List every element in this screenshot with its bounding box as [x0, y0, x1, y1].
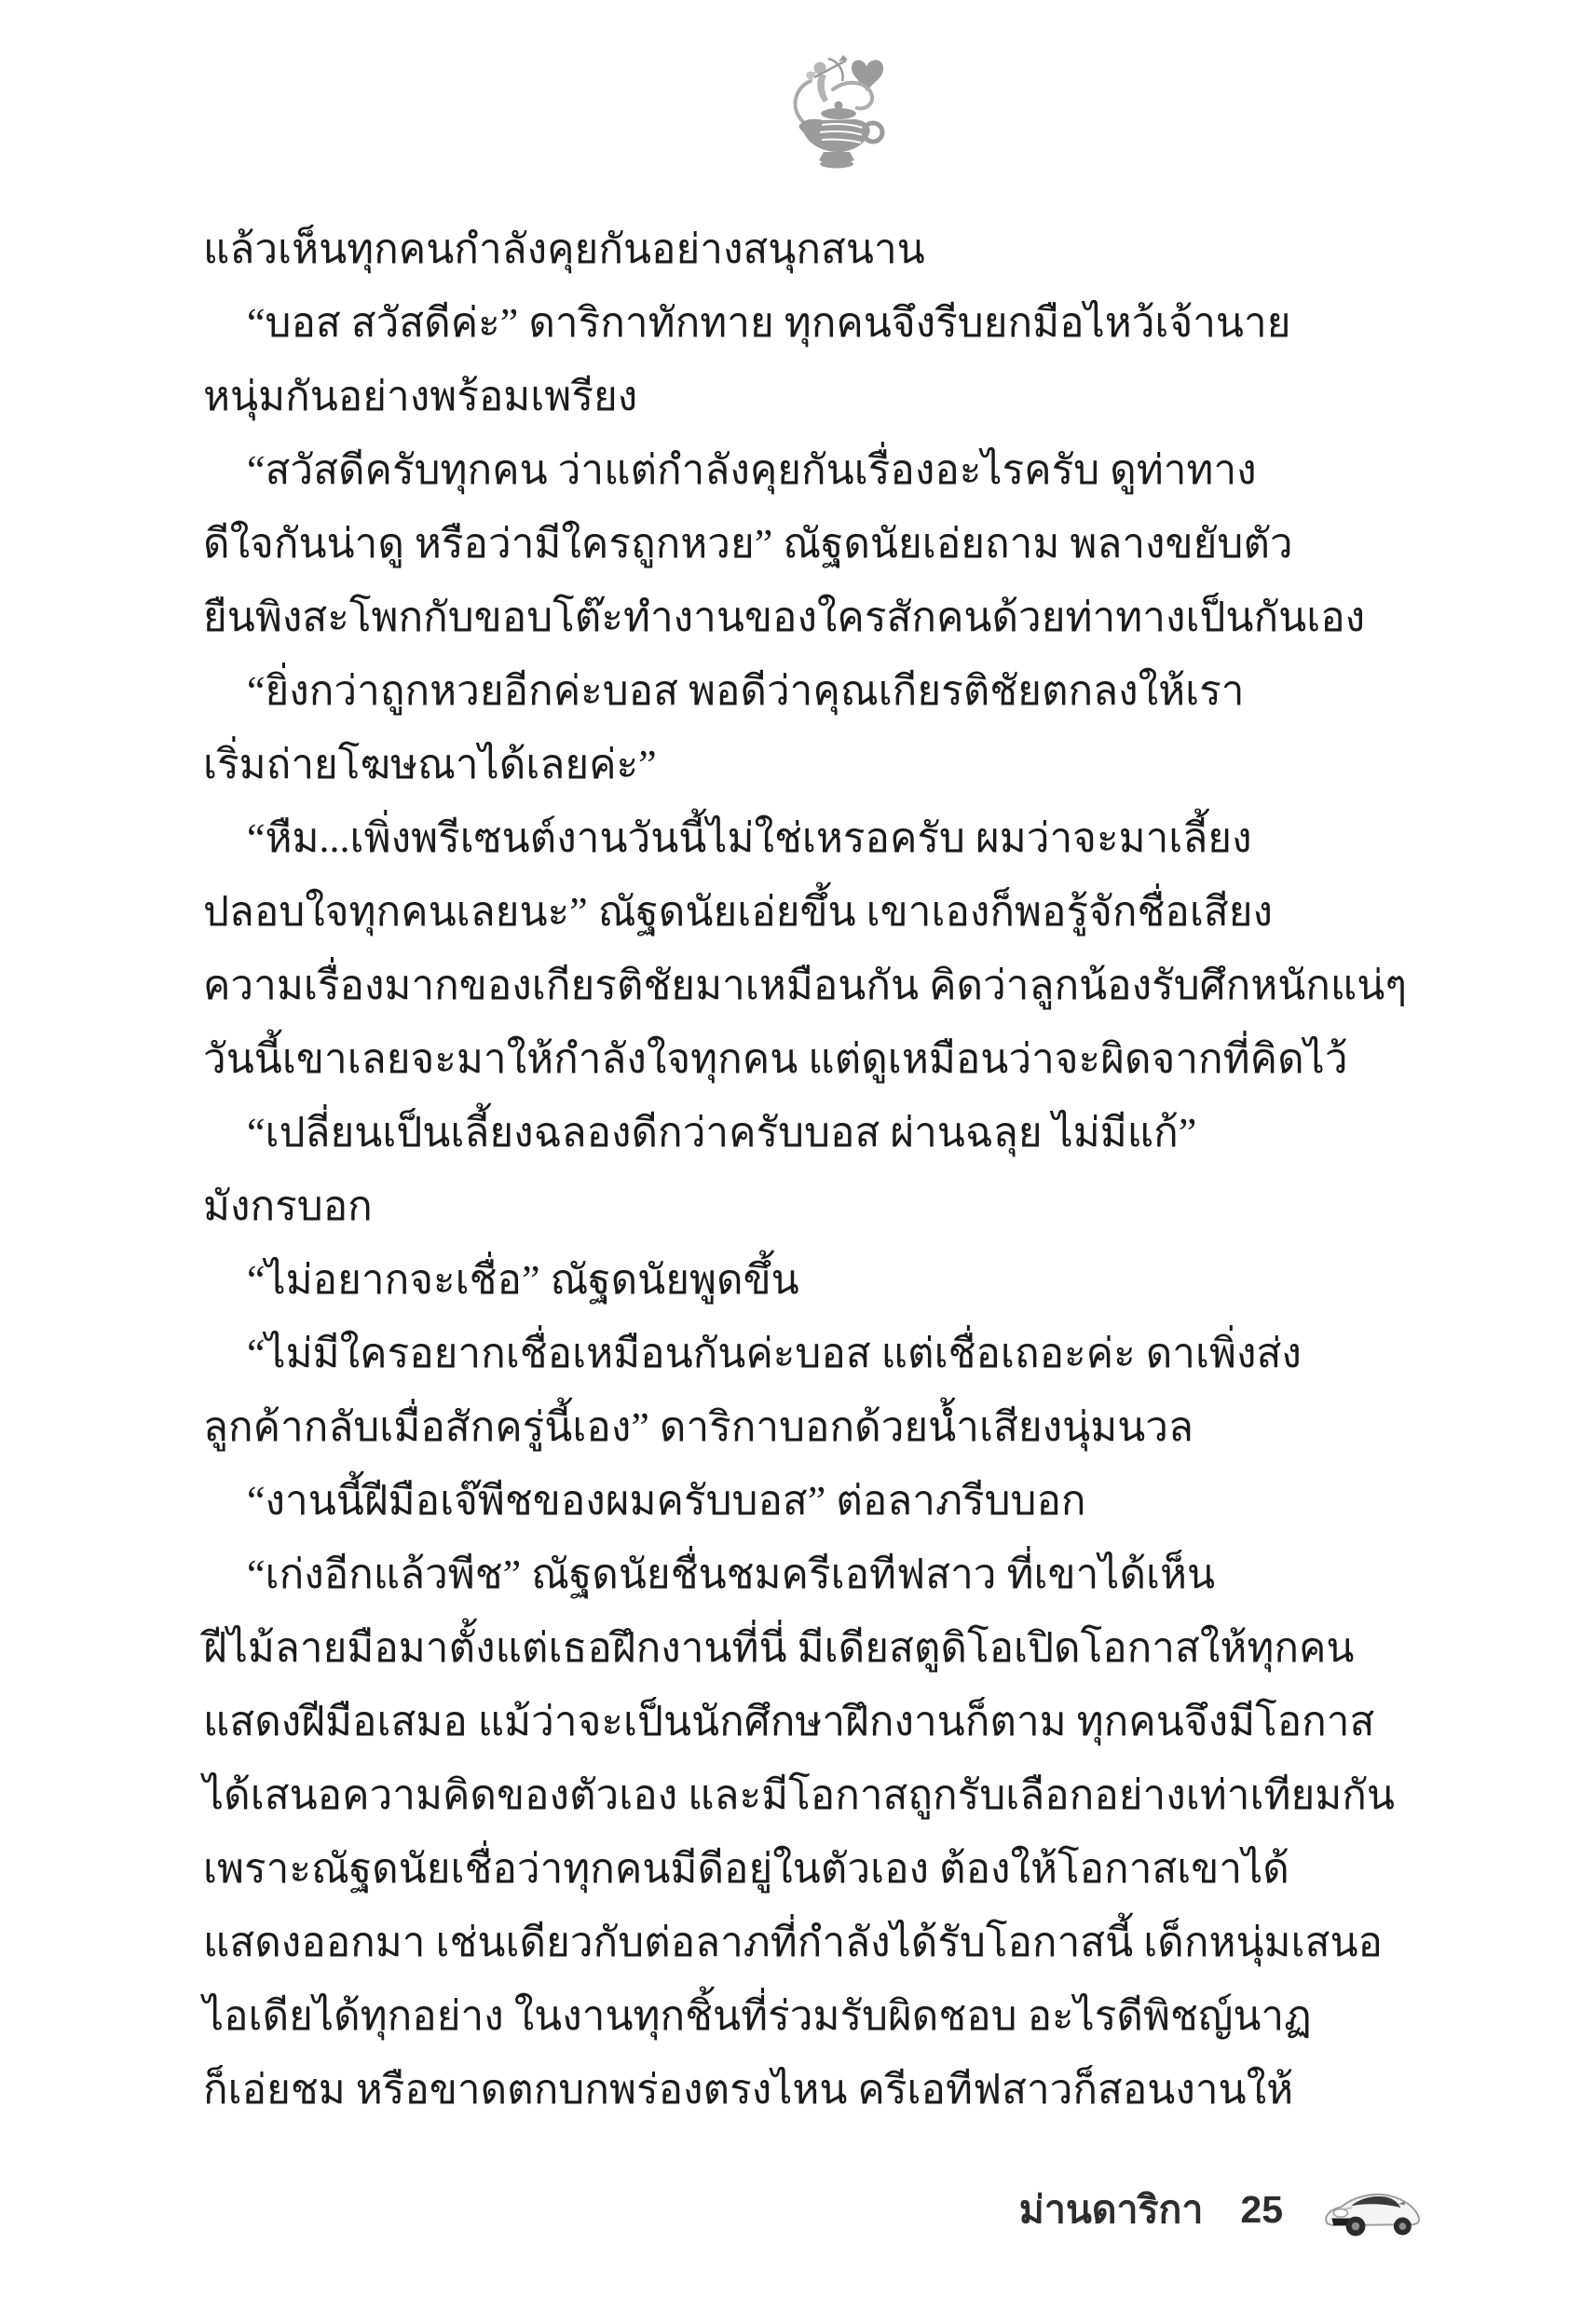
text-line: ก็เอ่ยชม หรือขาดตกบกพร่องตรงไหน ครีเอทีฟ…	[203, 2053, 1426, 2126]
text-line: “เปลี่ยนเป็นเลี้ยงฉลองดีกว่าครับบอส ผ่าน…	[203, 1096, 1426, 1169]
text-line: แสดงออกมา เช่นเดียวกับต่อลาภที่กำลังได้ร…	[203, 1906, 1426, 1979]
header-ornament	[779, 52, 893, 173]
text-line: ดีใจกันน่าดู หรือว่ามีใครถูกหวย” ณัฐดนัย…	[203, 507, 1426, 581]
text-line: ปลอบใจทุกคนเลยนะ” ณัฐดนัยเอ่ยขึ้น เขาเอง…	[203, 875, 1426, 949]
text-line: “ยิ่งกว่าถูกหวยอีกค่ะบอส พอดีว่าคุณเกียร…	[203, 654, 1426, 728]
text-line: เริ่มถ่ายโฆษณาได้เลยค่ะ”	[203, 728, 1426, 801]
text-line: เพราะณัฐดนัยเชื่อว่าทุกคนมีดีอยู่ในตัวเอ…	[203, 1832, 1426, 1906]
sports-car-icon	[1320, 2180, 1426, 2239]
page-number: 25	[1240, 2188, 1283, 2232]
text-line: ความเรื่องมากของเกียรติชัยมาเหมือนกัน คิ…	[203, 949, 1426, 1022]
text-line: หนุ่มกันอย่างพร้อมเพรียง	[203, 360, 1426, 433]
text-line: “ไม่มีใครอยากเชื่อเหมือนกันค่ะบอส แต่เชื…	[203, 1317, 1426, 1390]
text-line: “สวัสดีครับทุกคน ว่าแต่กำลังคุยกันเรื่อง…	[203, 433, 1426, 507]
running-title: ม่านดาริกา	[1019, 2180, 1204, 2240]
text-line: ฝีไม้ลายมือมาตั้งแต่เธอฝึกงานที่นี่ มีเด…	[203, 1611, 1426, 1685]
text-line: ได้เสนอความคิดของตัวเอง และมีโอกาสถูกรับ…	[203, 1758, 1426, 1832]
text-line: “บอส สวัสดีค่ะ” ดาริกาทักทาย ทุกคนจึงรีบ…	[203, 286, 1426, 360]
text-line: มังกรบอก	[203, 1169, 1426, 1243]
text-line: “หืม...เพิ่งพรีเซนต์งานวันนี้ไม่ใช่เหรอค…	[203, 801, 1426, 875]
text-line: ลูกค้ากลับเมื่อสักครู่นี้เอง” ดาริกาบอกด…	[203, 1390, 1426, 1464]
page-text: แล้วเห็นทุกคนกำลังคุยกันอย่างสนุกสนาน “บ…	[203, 212, 1426, 2126]
text-line: “งานนี้ฝีมือเจ๊พีชของผมครับบอส” ต่อลาภรี…	[203, 1464, 1426, 1538]
text-line: แสดงฝีมือเสมอ แม้ว่าจะเป็นนักศึกษาฝึกงาน…	[203, 1685, 1426, 1758]
text-line: “ไม่อยากจะเชื่อ” ณัฐดนัยพูดขึ้น	[203, 1243, 1426, 1317]
text-line: “เก่งอีกแล้วพีช” ณัฐดนัยชื่นชมครีเอทีฟสา…	[203, 1538, 1426, 1611]
text-line: แล้วเห็นทุกคนกำลังคุยกันอย่างสนุกสนาน	[203, 212, 1426, 286]
text-line: ไอเดียได้ทุกอย่าง ในงานทุกชิ้นที่ร่วมรับ…	[203, 1979, 1426, 2053]
page-footer: ม่านดาริกา 25	[0, 2177, 1426, 2242]
cupid-genie-lamp-icon	[779, 52, 893, 173]
text-line: วันนี้เขาเลยจะมาให้กำลังใจทุกคน แต่ดูเหม…	[203, 1022, 1426, 1096]
text-line: ยืนพิงสะโพกกับขอบโต๊ะทำงานของใครสักคนด้ว…	[203, 581, 1426, 654]
